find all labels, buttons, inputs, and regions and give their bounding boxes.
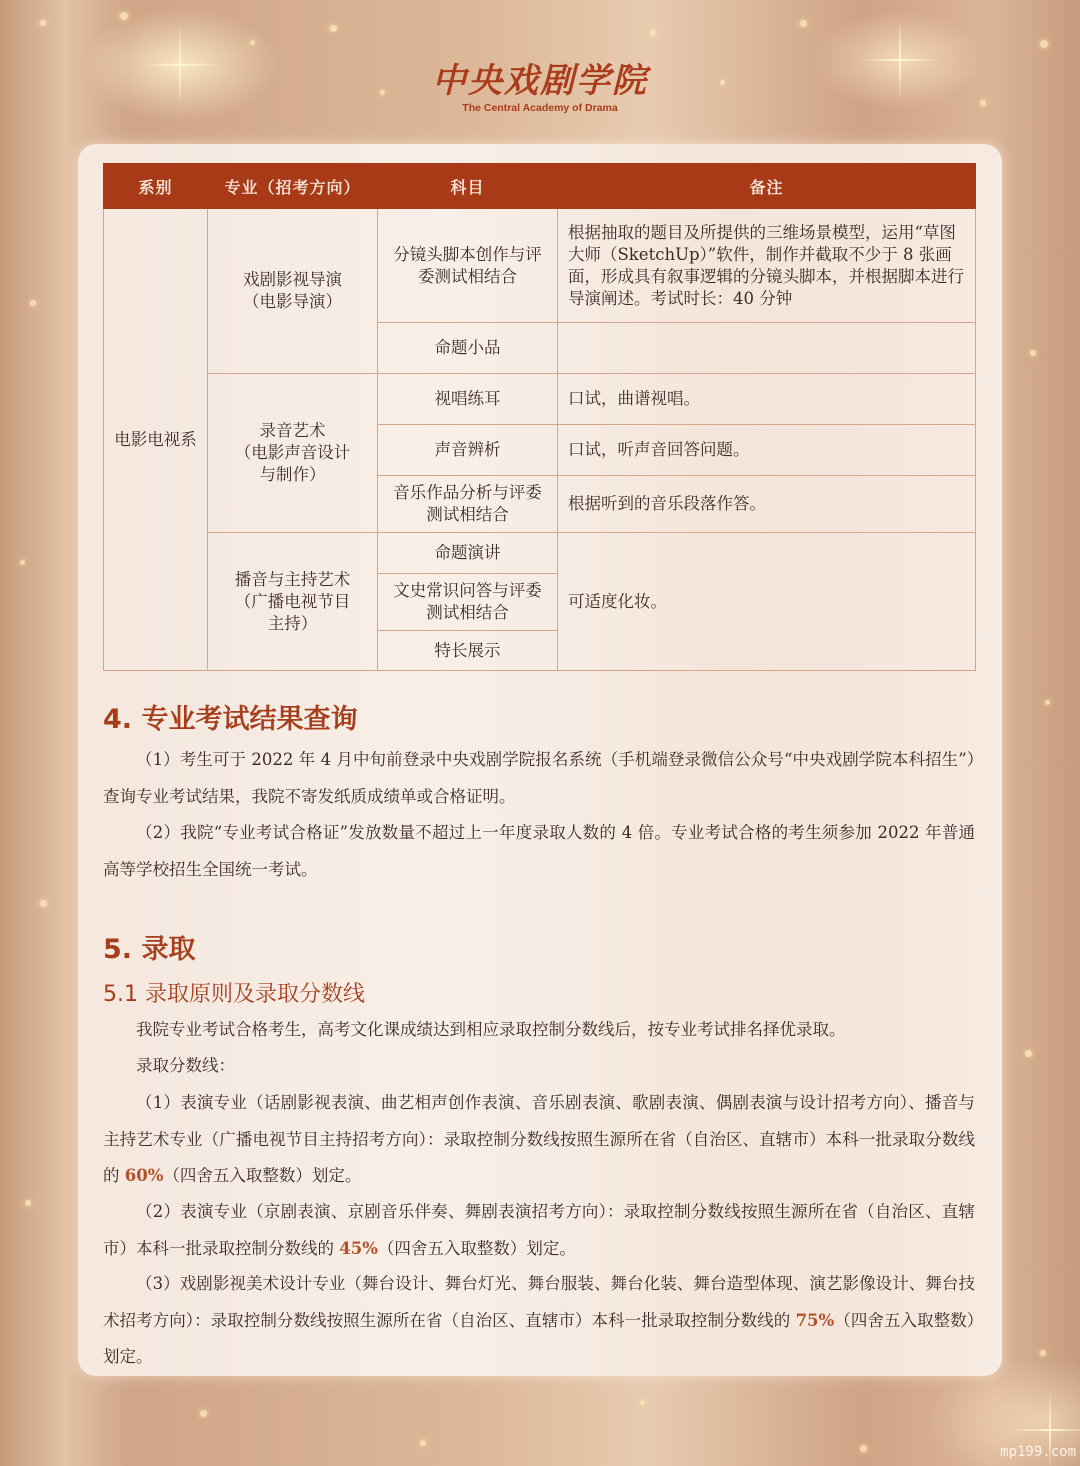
subject-cell: 分镜头脚本创作与评委测试相结合 bbox=[378, 209, 558, 323]
header-major: 专业（招考方向） bbox=[208, 164, 378, 209]
section-5-1-subtitle: 5.1 录取原则及录取分数线 bbox=[103, 977, 365, 1008]
subject-cell: 音乐作品分析与评委测试相结合 bbox=[378, 476, 558, 533]
logo-chinese: 中央戏剧学院 bbox=[0, 62, 1080, 100]
section-4-title: 4. 专业考试结果查询 bbox=[103, 697, 357, 736]
admission-intro: 我院专业考试合格考生，高考文化课成绩达到相应录取控制分数线后，按专业考试排名择优… bbox=[103, 1012, 975, 1049]
table-row: 录音艺术 （电影声音设计 与制作） 视唱练耳 口试，曲谱视唱。 bbox=[104, 374, 976, 425]
note-cell: 根据抽取的题目及所提供的三维场景模型，运用“草图大师（SketchUp）”软件，… bbox=[558, 209, 976, 323]
academy-logo: 中央戏剧学院 The Central Academy of Drama bbox=[0, 62, 1080, 114]
subject-cell: 特长展示 bbox=[378, 631, 558, 671]
score-rule-2: （2）表演专业（京剧表演、京剧音乐伴奏、舞剧表演招考方向）：录取控制分数线按照生… bbox=[103, 1194, 975, 1267]
score-line-label: 录取分数线： bbox=[103, 1048, 975, 1085]
percent-highlight: 75% bbox=[796, 1311, 835, 1330]
subject-cell: 视唱练耳 bbox=[378, 374, 558, 425]
major-cell: 播音与主持艺术 （广播电视节目 主持） bbox=[208, 533, 378, 671]
logo-english: The Central Academy of Drama bbox=[0, 102, 1080, 114]
section-4-paragraph: （2）我院“专业考试合格证”发放数量不超过上一年度录取人数的 4 倍。专业考试合… bbox=[103, 815, 975, 888]
subject-cell: 文史常识问答与评委测试相结合 bbox=[378, 574, 558, 631]
subject-cell: 命题演讲 bbox=[378, 533, 558, 574]
table-header-row: 系别 专业（招考方向） 科目 备注 bbox=[104, 164, 976, 209]
section-5-title: 5. 录取 bbox=[103, 927, 195, 966]
watermark: mp199.com bbox=[1000, 1444, 1076, 1460]
note-cell: 可适度化妆。 bbox=[558, 533, 976, 671]
department-cell: 电影电视系 bbox=[104, 209, 208, 671]
note-cell: 口试，听声音回答问题。 bbox=[558, 425, 976, 476]
table-row: 电影电视系 戏剧影视导演 （电影导演） 分镜头脚本创作与评委测试相结合 根据抽取… bbox=[104, 209, 976, 323]
section-4-paragraph: （1）考生可于 2022 年 4 月中旬前登录中央戏剧学院报名系统（手机端登录微… bbox=[103, 742, 975, 815]
note-cell: 口试，曲谱视唱。 bbox=[558, 374, 976, 425]
note-cell bbox=[558, 323, 976, 374]
major-cell: 戏剧影视导演 （电影导演） bbox=[208, 209, 378, 374]
score-rule-1: （1）表演专业（话剧影视表演、曲艺相声创作表演、音乐剧表演、歌剧表演、偶剧表演与… bbox=[103, 1085, 975, 1195]
major-cell: 录音艺术 （电影声音设计 与制作） bbox=[208, 374, 378, 533]
percent-highlight: 45% bbox=[339, 1239, 378, 1258]
subject-cell: 声音辨析 bbox=[378, 425, 558, 476]
subject-cell: 命题小品 bbox=[378, 323, 558, 374]
header-department: 系别 bbox=[104, 164, 208, 209]
score-rule-3: （3）戏剧影视美术设计专业（舞台设计、舞台灯光、舞台服装、舞台化装、舞台造型体现… bbox=[103, 1266, 975, 1376]
header-subject: 科目 bbox=[378, 164, 558, 209]
note-cell: 根据听到的音乐段落作答。 bbox=[558, 476, 976, 533]
header-note: 备注 bbox=[558, 164, 976, 209]
percent-highlight: 60% bbox=[125, 1166, 164, 1185]
exam-subjects-table: 系别 专业（招考方向） 科目 备注 电影电视系 戏剧影视导演 （电影导演） 分镜… bbox=[103, 163, 976, 671]
table-row: 播音与主持艺术 （广播电视节目 主持） 命题演讲 可适度化妆。 bbox=[104, 533, 976, 574]
